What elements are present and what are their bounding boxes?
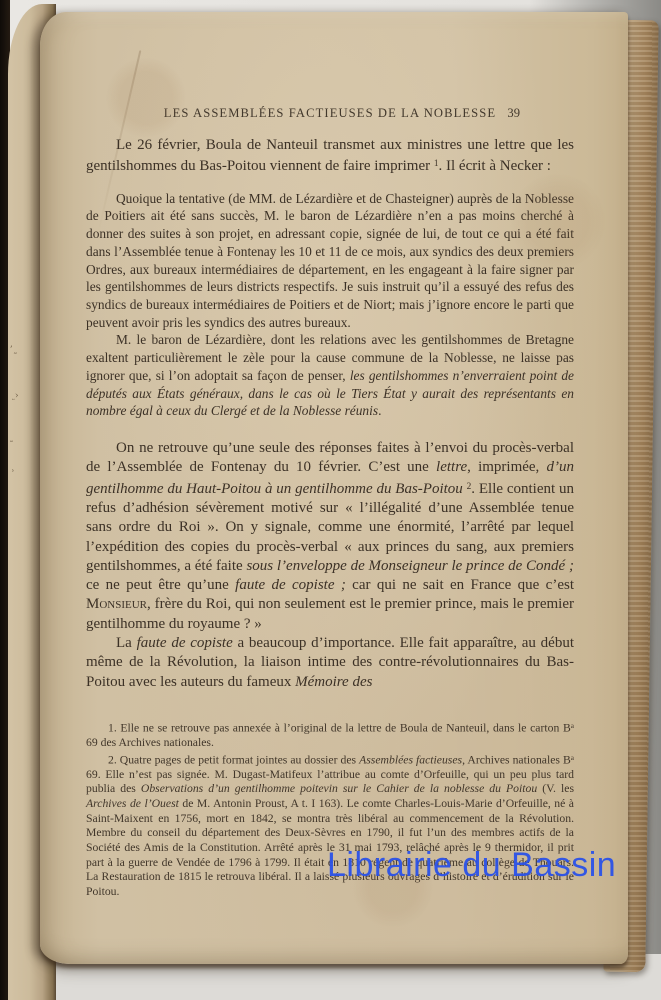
facing-page-text-fragment: ’˷ [10,346,20,355]
book-page: LES ASSEMBLÉES FACTIEUSES DE LA NOBLESSE… [40,12,628,964]
book-photo: ’˷ ˿› ˷ ʾ LES ASSEMBLÉES FACTIEUSES DE L… [0,0,661,1000]
paragraph: M. le baron de Lézardière, dont les rela… [86,331,574,420]
paragraph: Le 26 février, Boula de Nanteuil transme… [86,136,574,177]
page-text: Le 26 février, Boula de Nanteuil transme… [86,136,574,692]
paragraph: La faute de copiste a beaucoup d’importa… [86,634,574,692]
page-content-area: LES ASSEMBLÉES FACTIEUSES DE LA NOBLESSE… [86,12,574,964]
facing-page-text-fragment: ʾ [12,470,22,479]
running-title: LES ASSEMBLÉES FACTIEUSES DE LA NOBLESSE [164,106,496,120]
paragraph: Quoique la tentative (de MM. de Lézardiè… [86,190,574,332]
facing-page-text-fragment: ˿› [12,392,22,401]
footnote: 1. Elle ne se retrouve pas annexée à l’o… [86,719,574,751]
paragraph: On ne retrouve qu’une seule des réponses… [86,439,574,634]
page-number: 39 [507,106,520,121]
watermark-text: Librairie du Bassin [327,846,616,885]
facing-page-text-fragment: ˷ [9,434,19,443]
page-header: LES ASSEMBLÉES FACTIEUSES DE LA NOBLESSE… [86,106,574,121]
